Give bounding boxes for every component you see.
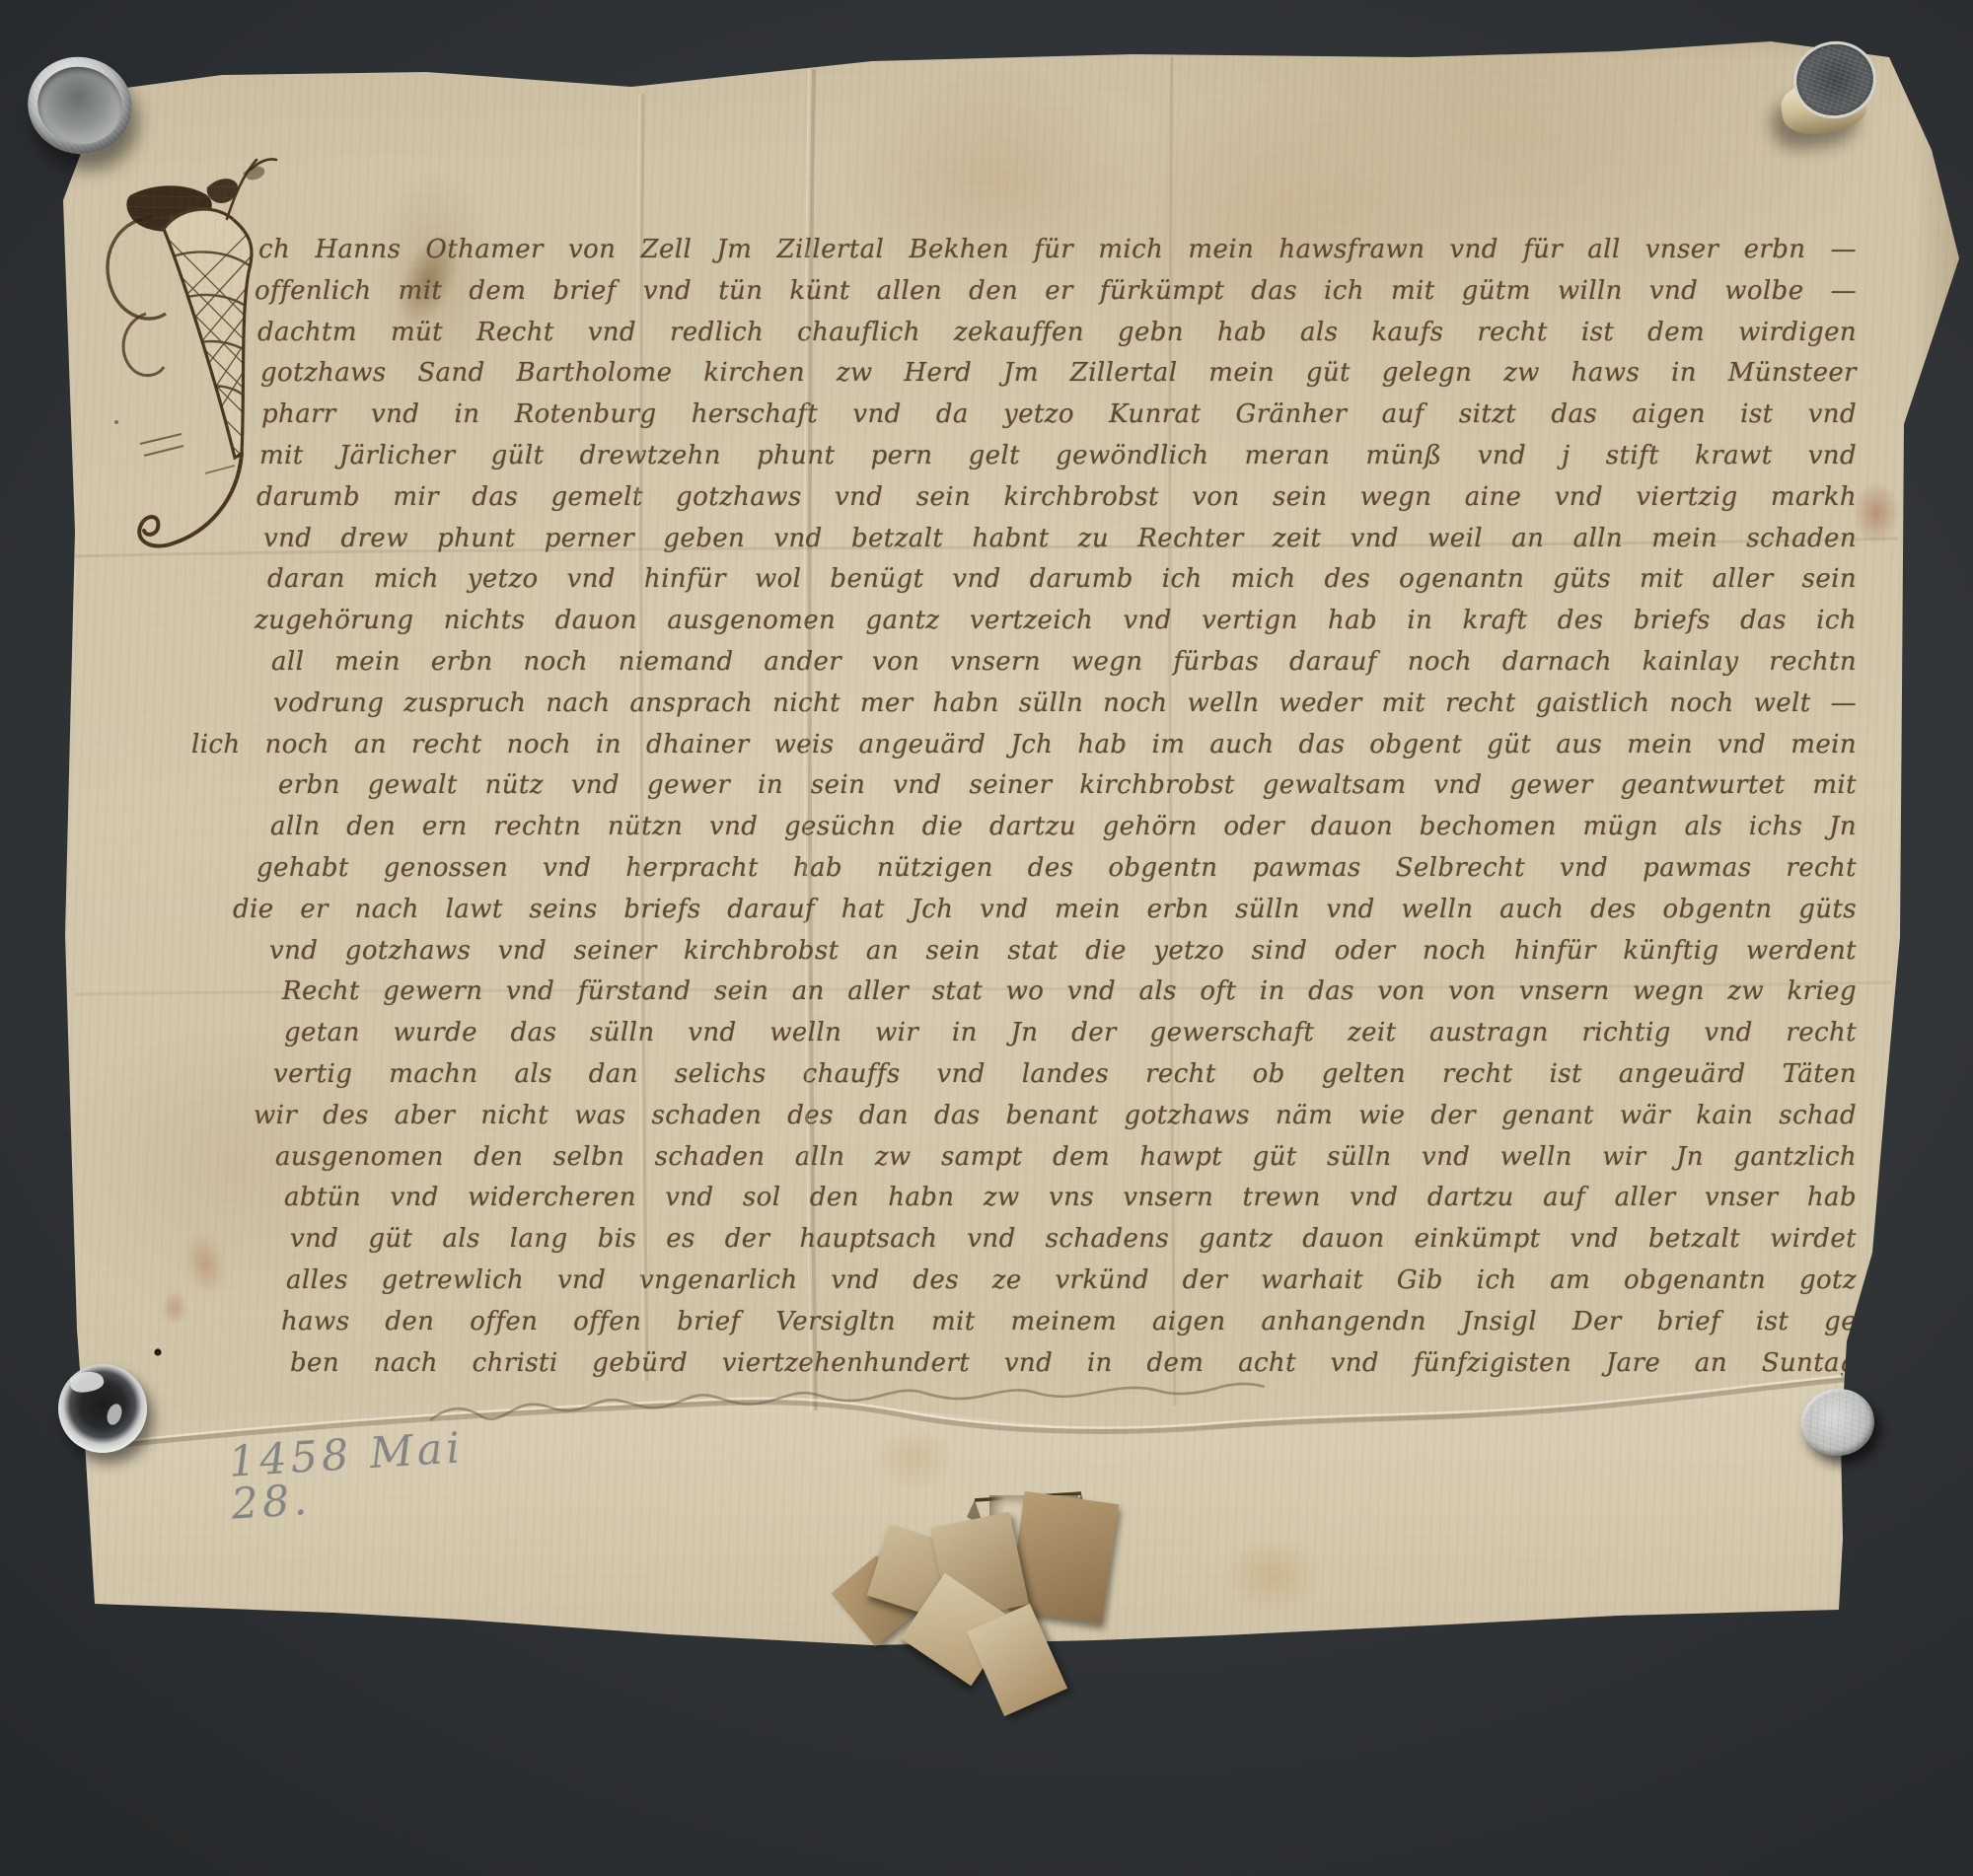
manuscript-line: alln den ern rechtn nützn vnd gesüchn di… — [270, 807, 1857, 848]
manuscript-line: mit Järlicher gült drewtzehn phunt pern … — [259, 436, 1857, 477]
manuscript-line: offenlich mit dem brief vnd tün künt all… — [255, 271, 1857, 313]
parchment-document: ch Hanns Othamer von Zell Jm Zillertal B… — [0, 0, 1973, 1876]
manuscript-line: lich noch an recht noch in dhainer weis … — [191, 725, 1857, 766]
manuscript-line: wir des aber nicht was schaden des dan d… — [254, 1096, 1857, 1137]
manuscript-line: ausgenomen den selbn schaden alln zw sam… — [275, 1137, 1857, 1179]
manuscript-line: alles getrewlich vnd vngenarlich vnd des… — [286, 1261, 1857, 1302]
manuscript-line: pharr vnd in Rotenburg herschaft vnd da … — [261, 395, 1857, 436]
manuscript-line: gehabt genossen vnd herpracht hab nützig… — [256, 848, 1857, 890]
manuscript-line: vnd gotzhaws vnd seiner kirchbrobst an s… — [269, 931, 1857, 973]
illuminated-initial — [87, 148, 288, 566]
manuscript-line: vodrung zuspruch nach ansprach nicht mer… — [273, 684, 1857, 725]
manuscript-line: ch Hanns Othamer von Zell Jm Zillertal B… — [258, 230, 1857, 271]
manuscript-line: vnd güt als lang bis es der hauptsach vn… — [290, 1219, 1857, 1261]
paperweight-bottom-left — [58, 1364, 147, 1453]
manuscript-line: dachtm müt Recht vnd redlich chauflich z… — [257, 313, 1857, 354]
manuscript-line: abtün vnd widercheren vnd sol den habn z… — [284, 1178, 1857, 1219]
manuscript-line: haws den offen offen brief Versigltn mit… — [281, 1302, 1857, 1343]
reddish-stain — [179, 1227, 233, 1300]
manuscript-line: daran mich yetzo vnd hinfür wol benügt v… — [267, 559, 1857, 601]
manuscript-line: vertig machn als dan selichs chauffs vnd… — [273, 1054, 1857, 1096]
reddish-stain-small — [162, 1290, 187, 1326]
manuscript-line: vnd drew phunt perner geben vnd betzalt … — [263, 519, 1857, 560]
manuscript-text: ch Hanns Othamer von Zell Jm Zillertal B… — [249, 230, 1857, 1384]
manuscript-line: ben nach christi gebürd viertzehenhunder… — [290, 1343, 1857, 1385]
manuscript-line: zugehörung nichts dauon ausgenomen gantz… — [255, 601, 1857, 642]
photo-background: ch Hanns Othamer von Zell Jm Zillertal B… — [0, 0, 1973, 1876]
manuscript-line: die er nach lawt seins briefs darauf hat… — [233, 890, 1857, 931]
manuscript-line: erbn gewalt nütz vnd gewer in sein vnd s… — [278, 765, 1857, 807]
manuscript-line: all mein erbn noch niemand ander von vns… — [271, 642, 1857, 684]
plica-fold — [57, 1373, 1892, 1669]
manuscript-line: Recht gewern vnd fürstand sein an aller … — [282, 972, 1857, 1013]
manuscript-line: darumb mir das gemelt gotzhaws vnd sein … — [256, 477, 1857, 519]
manuscript-line: getan wurde das sülln vnd welln wir in J… — [284, 1013, 1857, 1054]
manuscript-line: gotzhaws Sand Bartholome kirchen zw Herd… — [260, 353, 1857, 395]
